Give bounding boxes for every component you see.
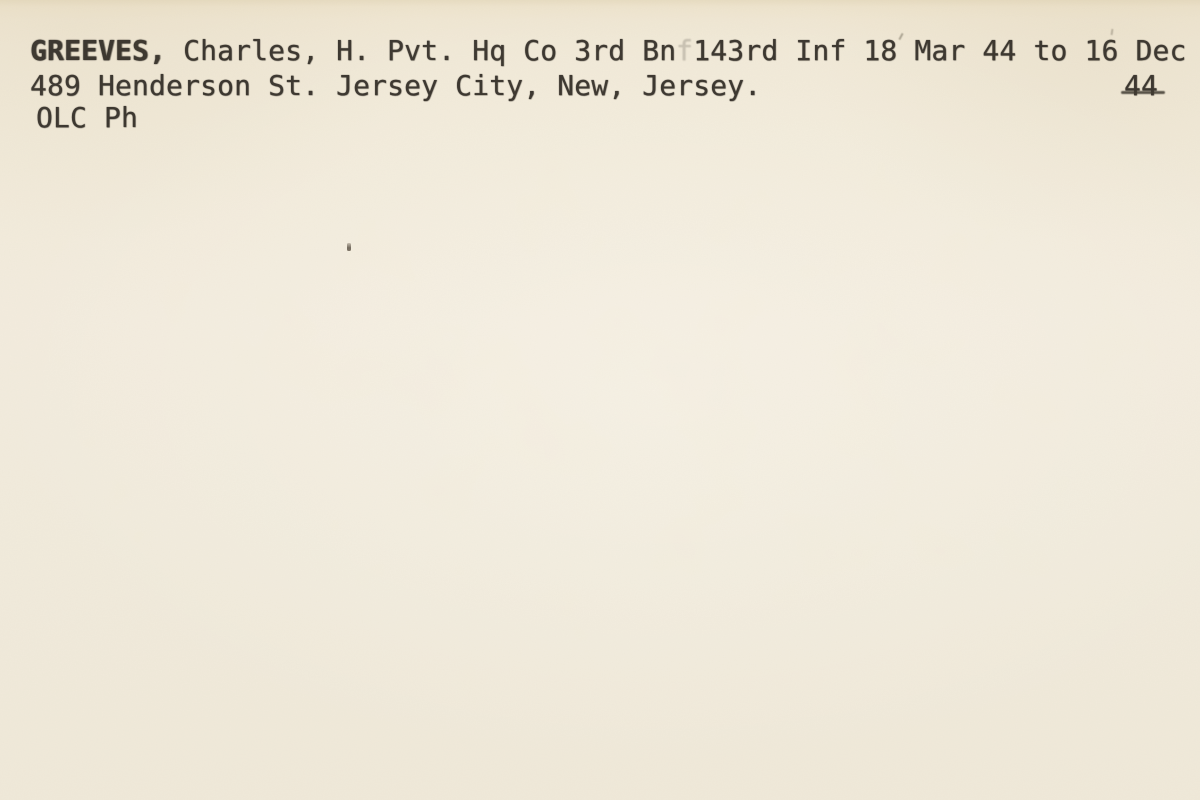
year-text: 44: [1124, 72, 1158, 100]
address-line: 489 Henderson St. Jersey City, New, Jers…: [30, 72, 761, 100]
paper-grain-texture: [0, 0, 1200, 800]
service-record-line: GREEVES, Charles, H. Pvt. Hq Co 3rd Bn 1…: [30, 37, 1187, 65]
surname-text: GREEVES,: [30, 34, 166, 67]
index-card: GREEVES, Charles, H. Pvt. Hq Co 3rd Bn 1…: [0, 0, 1200, 800]
year-underline-mark: [1121, 91, 1165, 94]
ghost-overstrike-char: f: [676, 37, 693, 65]
award-notation-text: OLC Ph: [36, 104, 138, 132]
ink-speck: [347, 243, 351, 251]
